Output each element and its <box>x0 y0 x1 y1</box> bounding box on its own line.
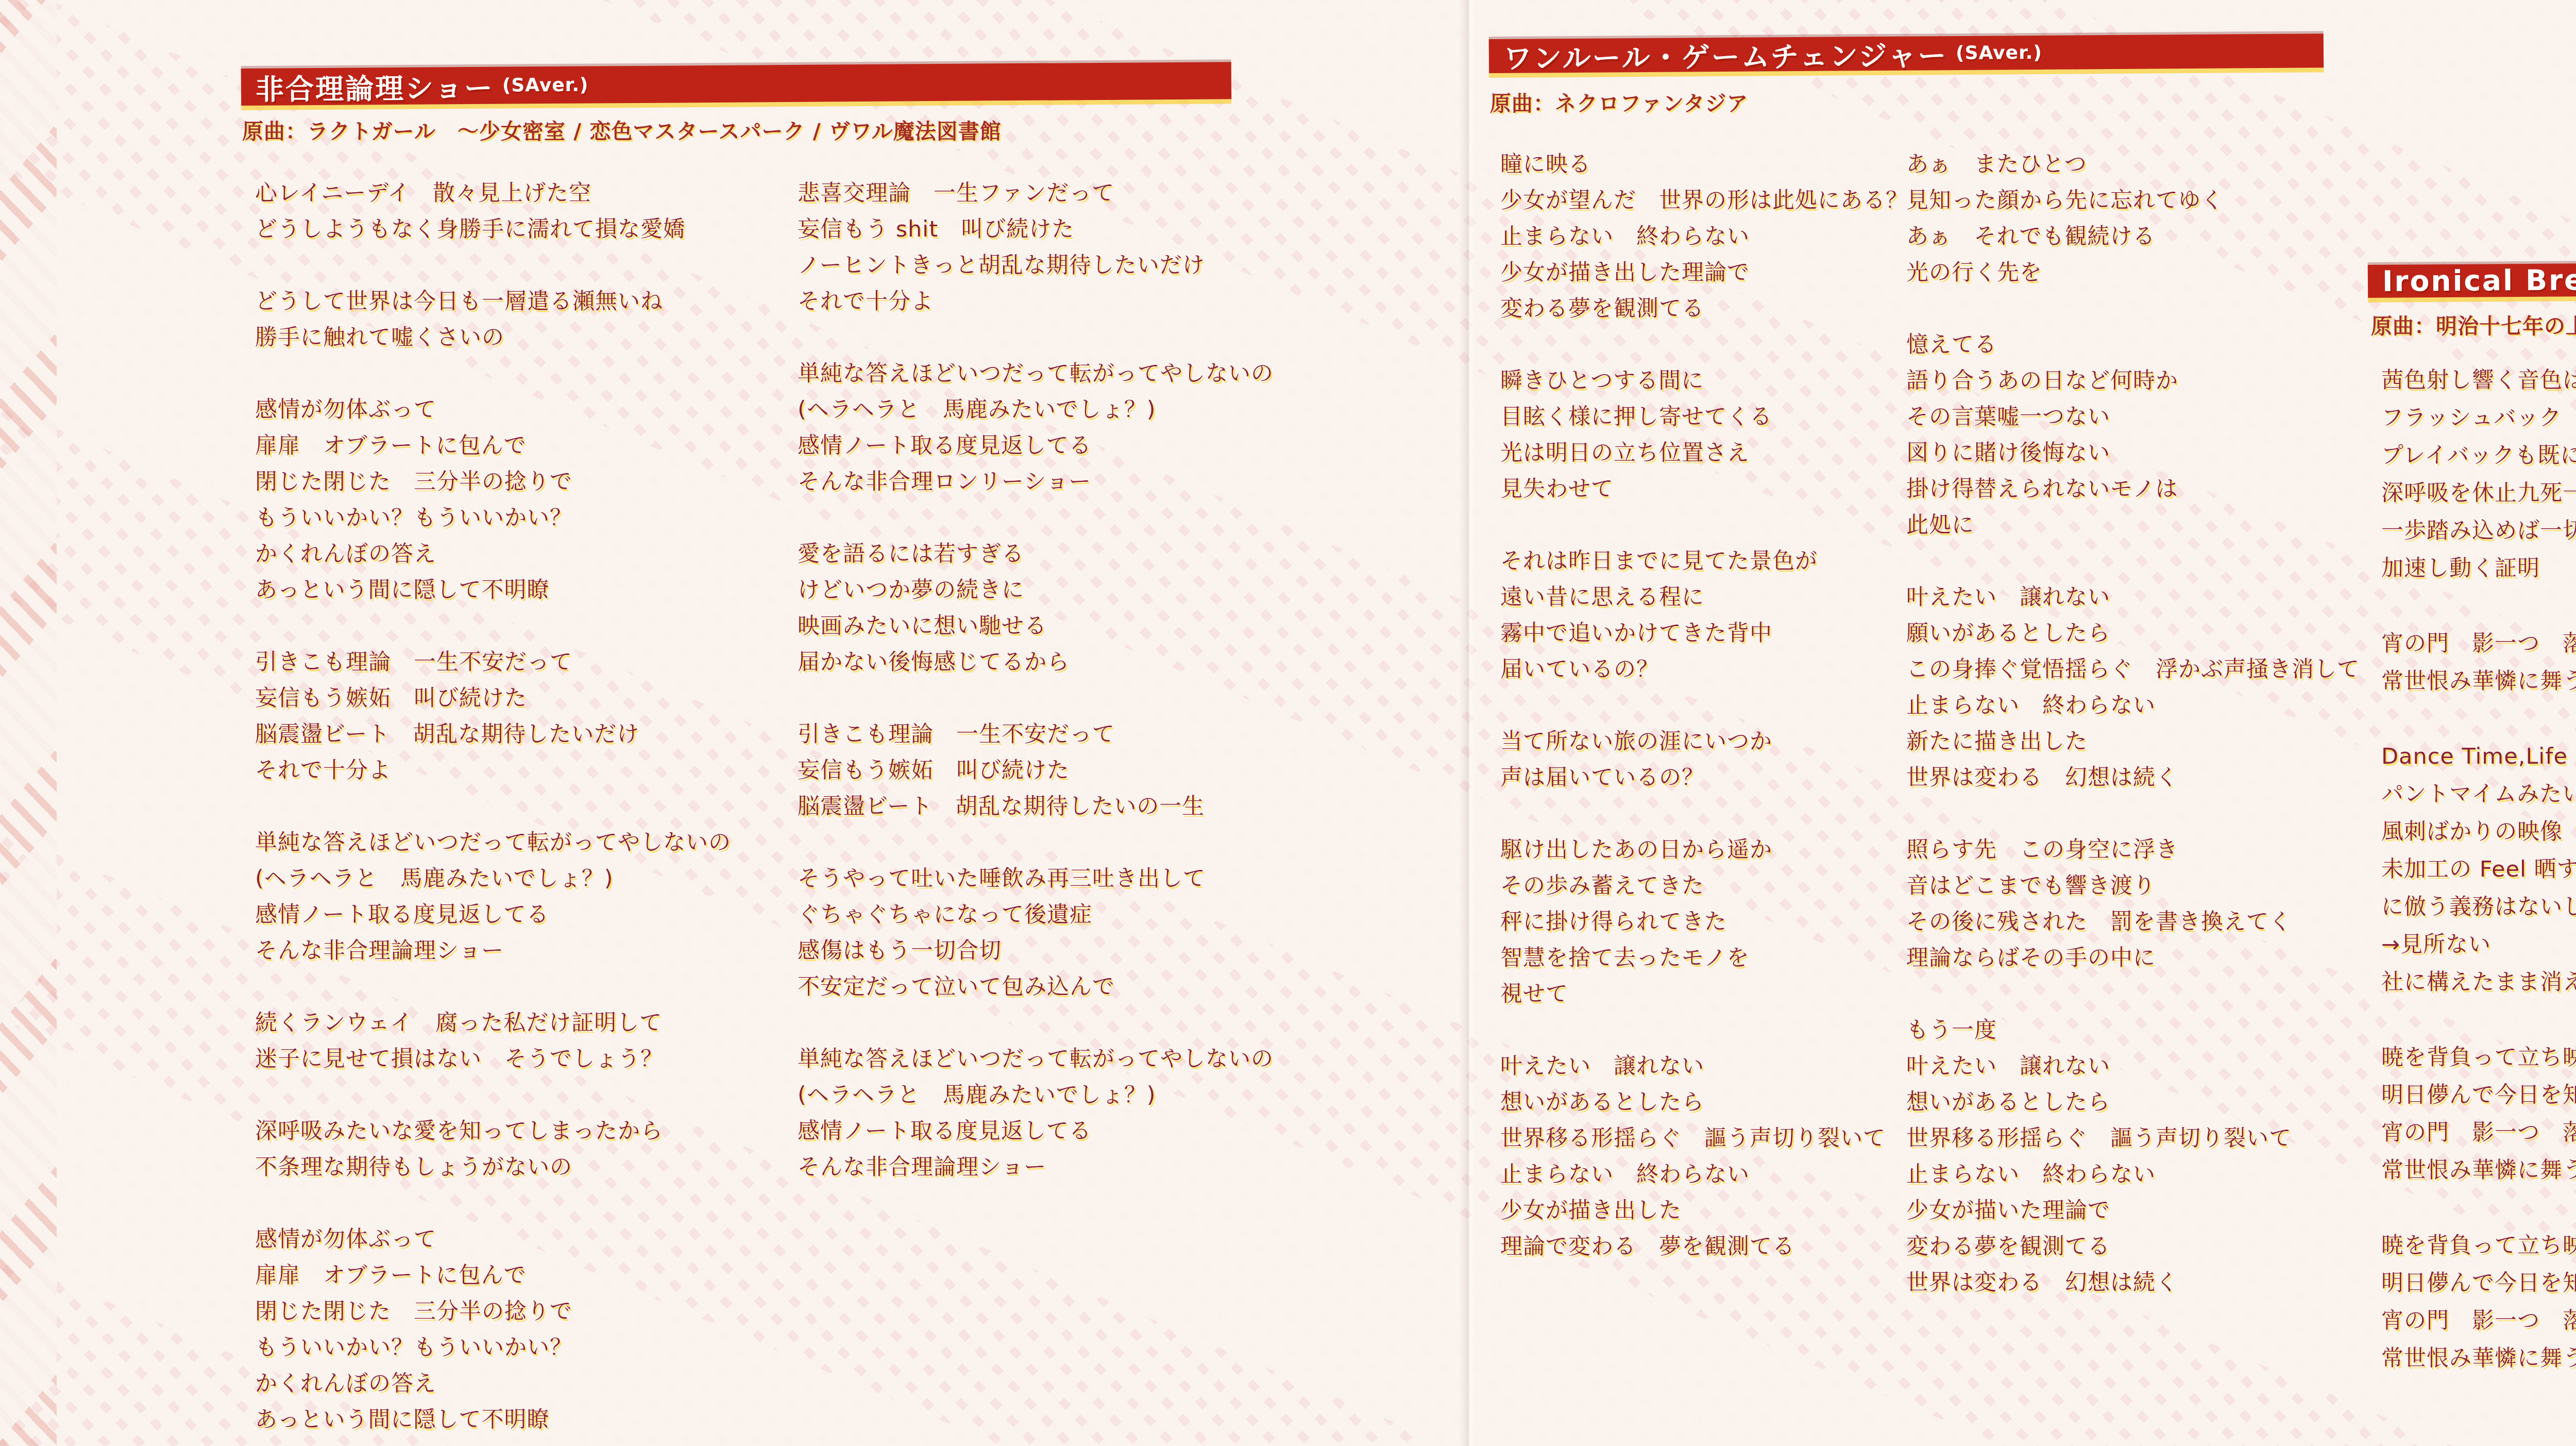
stanza-gap <box>2381 587 2576 625</box>
lyric-line: 遠い昔に思える程に <box>1500 579 1908 615</box>
lyric-line: 止まらない 終わらない <box>1500 1156 1908 1192</box>
lyric-line: 世界は変わる 幻想は続く <box>1906 1265 2360 1301</box>
lyric-line: 語り合うあの日など何時か <box>1906 363 2360 399</box>
lyric-line: 単純な答えほどいつだって転がってやしないの <box>255 825 731 861</box>
lyric-line: 変わる夢を観測てる <box>1500 291 1908 327</box>
lyric-line: 引きこも理論 一生不安だって <box>798 716 1274 752</box>
lyric-line: 少女が望んだ 世界の形は此処にある？ <box>1500 182 1908 218</box>
lyric-line: 止まらない 終わらない <box>1906 687 2360 724</box>
lyric-line: それで十分よ <box>255 752 731 788</box>
stanza-gap <box>1906 976 2360 1012</box>
lyric-line: 音はどこまでも響き渡り <box>1906 868 2360 904</box>
stanza-gap <box>255 1077 731 1113</box>
lyric-line: 願いがあるとしたら <box>1906 615 2360 651</box>
lyric-line: 一歩踏み込めば一切合切が vivid <box>2381 512 2576 550</box>
lyric-line: 暁を背負って立ち映る姿メランコリー <box>2381 1227 2576 1265</box>
stanza-gap <box>798 680 1274 716</box>
song-1-lyrics-column-1: 心レイニーデイ 散々見上げた空どうしようもなく身勝手に濡れて損な愛嬌 どうして世… <box>255 175 731 1438</box>
lyric-line: 光の行く先を <box>1906 255 2360 291</box>
lyric-line: 止まらない 終わらない <box>1500 218 1908 255</box>
lyric-line: 不安定だって泣いて包み込んで <box>798 969 1274 1005</box>
lyric-line: もういいかい？もういいかい？ <box>255 1330 731 1366</box>
lyric-line: 智慧を捨て去ったモノを <box>1500 940 1908 976</box>
stanza-gap <box>255 356 731 392</box>
lyric-line: けどいつか夢の続きに <box>798 572 1274 608</box>
lyric-line: 世界は変わる 幻想は続く <box>1906 760 2360 796</box>
lyric-line: 社に構えたまま消えるくらいならいっそ <box>2381 964 2576 1001</box>
lyric-line: それで十分よ <box>798 283 1274 320</box>
lyric-line: 風刺ばかりの映像 空虚な自画像 <box>2381 813 2576 851</box>
lyric-line: 見知った顔から先に忘れてゆく <box>1906 182 2360 218</box>
lyric-line: (ヘラヘラと 馬鹿みたいでしょ？) <box>798 1077 1274 1113</box>
lyric-line: 見失わせて <box>1500 471 1908 507</box>
stanza-gap <box>1906 291 2360 327</box>
lyric-line: パントマイムみたいなにらめっこかい？ <box>2381 776 2576 813</box>
stanza-gap <box>255 969 731 1005</box>
lyric-line: ぐちゃぐちゃになって後遺症 <box>798 897 1274 933</box>
lyric-line: そんな非合理ロンリーショー <box>798 464 1274 500</box>
stanza-gap <box>255 1185 731 1221</box>
lyric-line: 不条理な期待もしょうがないの <box>255 1149 731 1185</box>
song-1-title-suffix: (SAver.) <box>502 74 589 96</box>
lyric-line: あぁ それでも観続ける <box>1906 218 2360 255</box>
lyric-line: 迷子に見せて損はない そうでしょう？ <box>255 1041 731 1077</box>
lyric-line: 照らす先 この身空に浮き <box>1906 832 2360 868</box>
page-fold-line <box>1459 0 1477 1446</box>
lyric-line: (ヘラヘラと 馬鹿みたいでしょ？) <box>255 861 731 897</box>
lyric-line: 明日儚んで今日を知る 明り灯る空 <box>2381 1077 2576 1114</box>
lyric-line: 秤に掛け得られてきた <box>1500 904 1908 940</box>
lyric-line: 目眩く様に押し寄せてくる <box>1500 399 1908 435</box>
lyric-line: 悲喜交理論 一生ファンだって <box>798 175 1274 211</box>
stanza-gap <box>1906 543 2360 579</box>
lyric-line: 宵の門 影一つ 落ちる様はアイロニー <box>2381 1302 2576 1340</box>
lyric-line: 閉じた閉じた 三分半の捻りで <box>255 1293 731 1330</box>
song-2-lyrics-column-1: 瞳に映る少女が望んだ 世界の形は此処にある？止まらない 終わらない少女が描き出し… <box>1500 146 1908 1265</box>
stanza-gap <box>2381 700 2576 738</box>
lyric-line: あっという間に隠して不明瞭 <box>255 572 731 608</box>
lyric-line: どうして世界は今日も一層遣る瀬無いね <box>255 283 731 320</box>
lyric-line: 閉じた閉じた 三分半の捻りで <box>255 464 731 500</box>
lyric-line: 視せて <box>1500 976 1908 1012</box>
stanza-gap <box>798 500 1274 536</box>
stanza-gap <box>2381 1001 2576 1039</box>
lyric-line: 瞬きひとつする間に <box>1500 363 1908 399</box>
stanza-gap <box>1500 687 1908 724</box>
stanza-gap <box>798 320 1274 356</box>
song-2-origin: 原曲：ネクロファンタジア <box>1490 87 1749 117</box>
lyric-line: 図りに賭け後悔ない <box>1906 435 2360 471</box>
lyric-line: 想いがあるとしたら <box>1906 1084 2360 1120</box>
lyric-line: Dance Time,Life Style <box>2381 738 2576 776</box>
lyric-line: 引きこも理論 一生不安だって <box>255 644 731 680</box>
left-page-edge-decoration <box>0 0 57 1446</box>
lyric-line: 此処に <box>1906 507 2360 543</box>
lyric-line: 感情ノート取る度見返してる <box>798 1113 1274 1149</box>
lyric-line: 茜色射し響く音色は諸行無常を告げる紅い鐘 <box>2381 362 2576 399</box>
lyric-line: 駆け出したあの日から遥か <box>1500 832 1908 868</box>
lyric-line: プレイバックも既にウォームアップ <box>2381 437 2576 475</box>
song-1-origin: 原曲：ラクトガール ～少女密室 / 恋色マスタースパーク / ヴワル魔法図書館 <box>242 114 1002 145</box>
lyric-line: 未加工の Feel 晒す痴態 <box>2381 851 2576 888</box>
lyric-line: 心レイニーデイ 散々見上げた空 <box>255 175 731 211</box>
lyric-line: 常世恨み華憐に舞う 風鈴のようだ <box>2381 1340 2576 1377</box>
song-3-title-bar: Ironical Breaking (SAver.) <box>2368 261 2576 298</box>
lyric-line: 脳震盪ビート 胡乱な期待したいの一生 <box>798 788 1274 825</box>
lyric-line: 宵の門 影一つ 落ちる様はアイロニー <box>2381 625 2576 663</box>
lyric-line: 光は明日の立ち位置さえ <box>1500 435 1908 471</box>
lyric-line: 感情ノート取る度見返してる <box>798 428 1274 464</box>
lyric-line: 止まらない 終わらない <box>1906 1156 2360 1192</box>
lyric-line: に倣う義務はないし意義もない？ <box>2381 888 2576 926</box>
lyric-line: 暁を背負って立ち映る姿メランコリー <box>2381 1039 2576 1077</box>
song-1-lyrics-column-2: 悲喜交理論 一生ファンだって妄信もう shit 叫び続けたノーヒントきっと胡乱な… <box>798 175 1274 1185</box>
song-2-title-suffix: (SAver.) <box>1956 42 2042 63</box>
song-2-lyrics-column-2: あぁ またひとつ見知った顔から先に忘れてゆくあぁ それでも観続ける光の行く先を … <box>1906 146 2360 1301</box>
lyric-line: 深呼吸を休止九死一生 <box>2381 475 2576 512</box>
song-1-title-bar: 非合理論理ショー (SAver.) <box>241 62 1231 106</box>
lyric-line: 届いているの？ <box>1500 651 1908 687</box>
stanza-gap <box>2381 1189 2576 1227</box>
lyric-line: 宵の門 影一つ 落ちる様はアイロニー <box>2381 1114 2576 1152</box>
lyric-line: 加速し動く証明 <box>2381 550 2576 587</box>
lyric-line: 妄信もう shit 叫び続けた <box>798 211 1274 247</box>
lyric-line: 感情が勿体ぶって <box>255 392 731 428</box>
stanza-gap <box>1500 507 1908 543</box>
lyric-line: 叶えたい 譲れない <box>1906 579 2360 615</box>
song-1-title: 非合理論理ショー <box>256 65 494 107</box>
lyric-line: かくれんぼの答え <box>255 536 731 572</box>
stanza-gap <box>1500 796 1908 832</box>
lyric-line: 感情が勿体ぶって <box>255 1221 731 1257</box>
lyric-line: 新たに描き出した <box>1906 724 2360 760</box>
lyric-line: 感傷はもう一切合切 <box>798 933 1274 969</box>
lyric-line: 想いがあるとしたら <box>1500 1084 1908 1120</box>
lyric-line: 掛け得替えられないモノは <box>1906 471 2360 507</box>
lyric-line: 扉扉 オブラートに包んで <box>255 428 731 464</box>
lyric-line: 声は届いているの？ <box>1500 760 1908 796</box>
lyric-line: 少女が描き出した <box>1500 1192 1908 1229</box>
lyric-line: それは昨日までに見てた景色が <box>1500 543 1908 579</box>
song-3-lyrics-column-1: 茜色射し響く音色は諸行無常を告げる紅い鐘フラッシュバック 過ぎる脳裏 鈴・鈴・鈴… <box>2381 362 2576 1377</box>
lyric-line: 世界移る形揺らぐ 謳う声切り裂いて <box>1906 1120 2360 1156</box>
lyric-line: 当て所ない旅の涯にいつか <box>1500 724 1908 760</box>
lyric-line: 続くランウェイ 腐った私だけ証明して <box>255 1005 731 1041</box>
stanza-gap <box>1500 327 1908 363</box>
song-3-title: Ironical Breaking <box>2382 263 2576 298</box>
booklet-spread: 非合理論理ショー (SAver.) 原曲：ラクトガール ～少女密室 / 恋色マス… <box>0 0 2576 1446</box>
lyric-line: 霧中で追いかけてきた背中 <box>1500 615 1908 651</box>
lyric-line: 世界移る形揺らぐ 謳う声切り裂いて <box>1500 1120 1908 1156</box>
lyric-line: 変わる夢を観測てる <box>1906 1229 2360 1265</box>
lyric-line: 妄信もう嫉妬 叫び続けた <box>798 752 1274 788</box>
lyric-line: もういいかい？もういいかい？ <box>255 500 731 536</box>
lyric-line: 届かない後悔感じてるから <box>798 644 1274 680</box>
song-2-title: ワンルール・ゲームチェンジャー <box>1503 33 1948 77</box>
lyric-line: 扉扉 オブラートに包んで <box>255 1257 731 1293</box>
lyric-line: 妄信もう嫉妬 叫び続けた <box>255 680 731 716</box>
lyric-line: その後に残された 罰を書き換えてく <box>1906 904 2360 940</box>
lyric-line: 叶えたい 譲れない <box>1500 1048 1908 1084</box>
lyric-line: 明日儚んで今日を知る 明り灯る空 <box>2381 1265 2576 1302</box>
lyric-line: どうしようもなく身勝手に濡れて損な愛嬌 <box>255 211 731 247</box>
lyric-line: ノーヒントきっと胡乱な期待したいだけ <box>798 247 1274 283</box>
song-2-title-bar: ワンルール・ゲームチェンジャー (SAver.) <box>1489 33 2324 73</box>
stanza-gap <box>798 1005 1274 1041</box>
lyric-line: 脳震盪ビート 胡乱な期待したいだけ <box>255 716 731 752</box>
lyric-line: 映画みたいに想い馳せる <box>798 608 1274 644</box>
stanza-gap <box>1906 796 2360 832</box>
stanza-gap <box>255 247 731 283</box>
lyric-line: 勝手に触れて嘘くさいの <box>255 320 731 356</box>
lyric-line: その言葉嘘一つない <box>1906 399 2360 435</box>
stanza-gap <box>1500 1012 1908 1048</box>
lyric-line: 常世恨み華憐に舞う 風鈴のようだ <box>2381 1152 2576 1189</box>
lyric-line: →見所ない <box>2381 926 2576 964</box>
lyric-line: 単純な答えほどいつだって転がってやしないの <box>798 1041 1274 1077</box>
lyric-line: 少女が描き出した理論で <box>1500 255 1908 291</box>
lyric-line: そんな非合理論理ショー <box>255 933 731 969</box>
lyric-line: 愛を語るには若すぎる <box>798 536 1274 572</box>
lyric-line: その歩み蓄えてきた <box>1500 868 1908 904</box>
lyric-line: あっという間に隠して不明瞭 <box>255 1402 731 1438</box>
lyric-line: 叶えたい 譲れない <box>1906 1048 2360 1084</box>
lyric-line: 瞳に映る <box>1500 146 1908 182</box>
lyric-line: もう一度 <box>1906 1012 2360 1048</box>
lyric-line: あぁ またひとつ <box>1906 146 2360 182</box>
lyric-line: 単純な答えほどいつだって転がってやしないの <box>798 356 1274 392</box>
stanza-gap <box>255 608 731 644</box>
lyric-line: 理論ならばその手の中に <box>1906 940 2360 976</box>
lyric-line: 理論で変わる 夢を観測てる <box>1500 1229 1908 1265</box>
stanza-gap <box>255 788 731 825</box>
lyric-line: 憶えてる <box>1906 327 2360 363</box>
lyric-line: 常世恨み華憐に舞う 風鈴のようだ <box>2381 663 2576 700</box>
lyric-line: この身捧ぐ覚悟揺らぐ 浮かぶ声掻き消して <box>1906 651 2360 687</box>
lyric-line: 深呼吸みたいな愛を知ってしまったから <box>255 1113 731 1149</box>
lyric-line: かくれんぼの答え <box>255 1366 731 1402</box>
song-3-origin: 原曲：明治十七年の上海アリス <box>2371 309 2576 340</box>
lyric-line: フラッシュバック 過ぎる脳裏 鈴・鈴・鈴 警鐘 <box>2381 399 2576 437</box>
lyric-line: そんな非合理論理ショー <box>798 1149 1274 1185</box>
lyric-line: (ヘラヘラと 馬鹿みたいでしょ？) <box>798 392 1274 428</box>
lyric-line: そうやって吐いた唾飲み再三吐き出して <box>798 861 1274 897</box>
stanza-gap <box>798 825 1274 861</box>
lyric-line: 少女が描いた理論で <box>1906 1192 2360 1229</box>
lyric-line: 感情ノート取る度見返してる <box>255 897 731 933</box>
